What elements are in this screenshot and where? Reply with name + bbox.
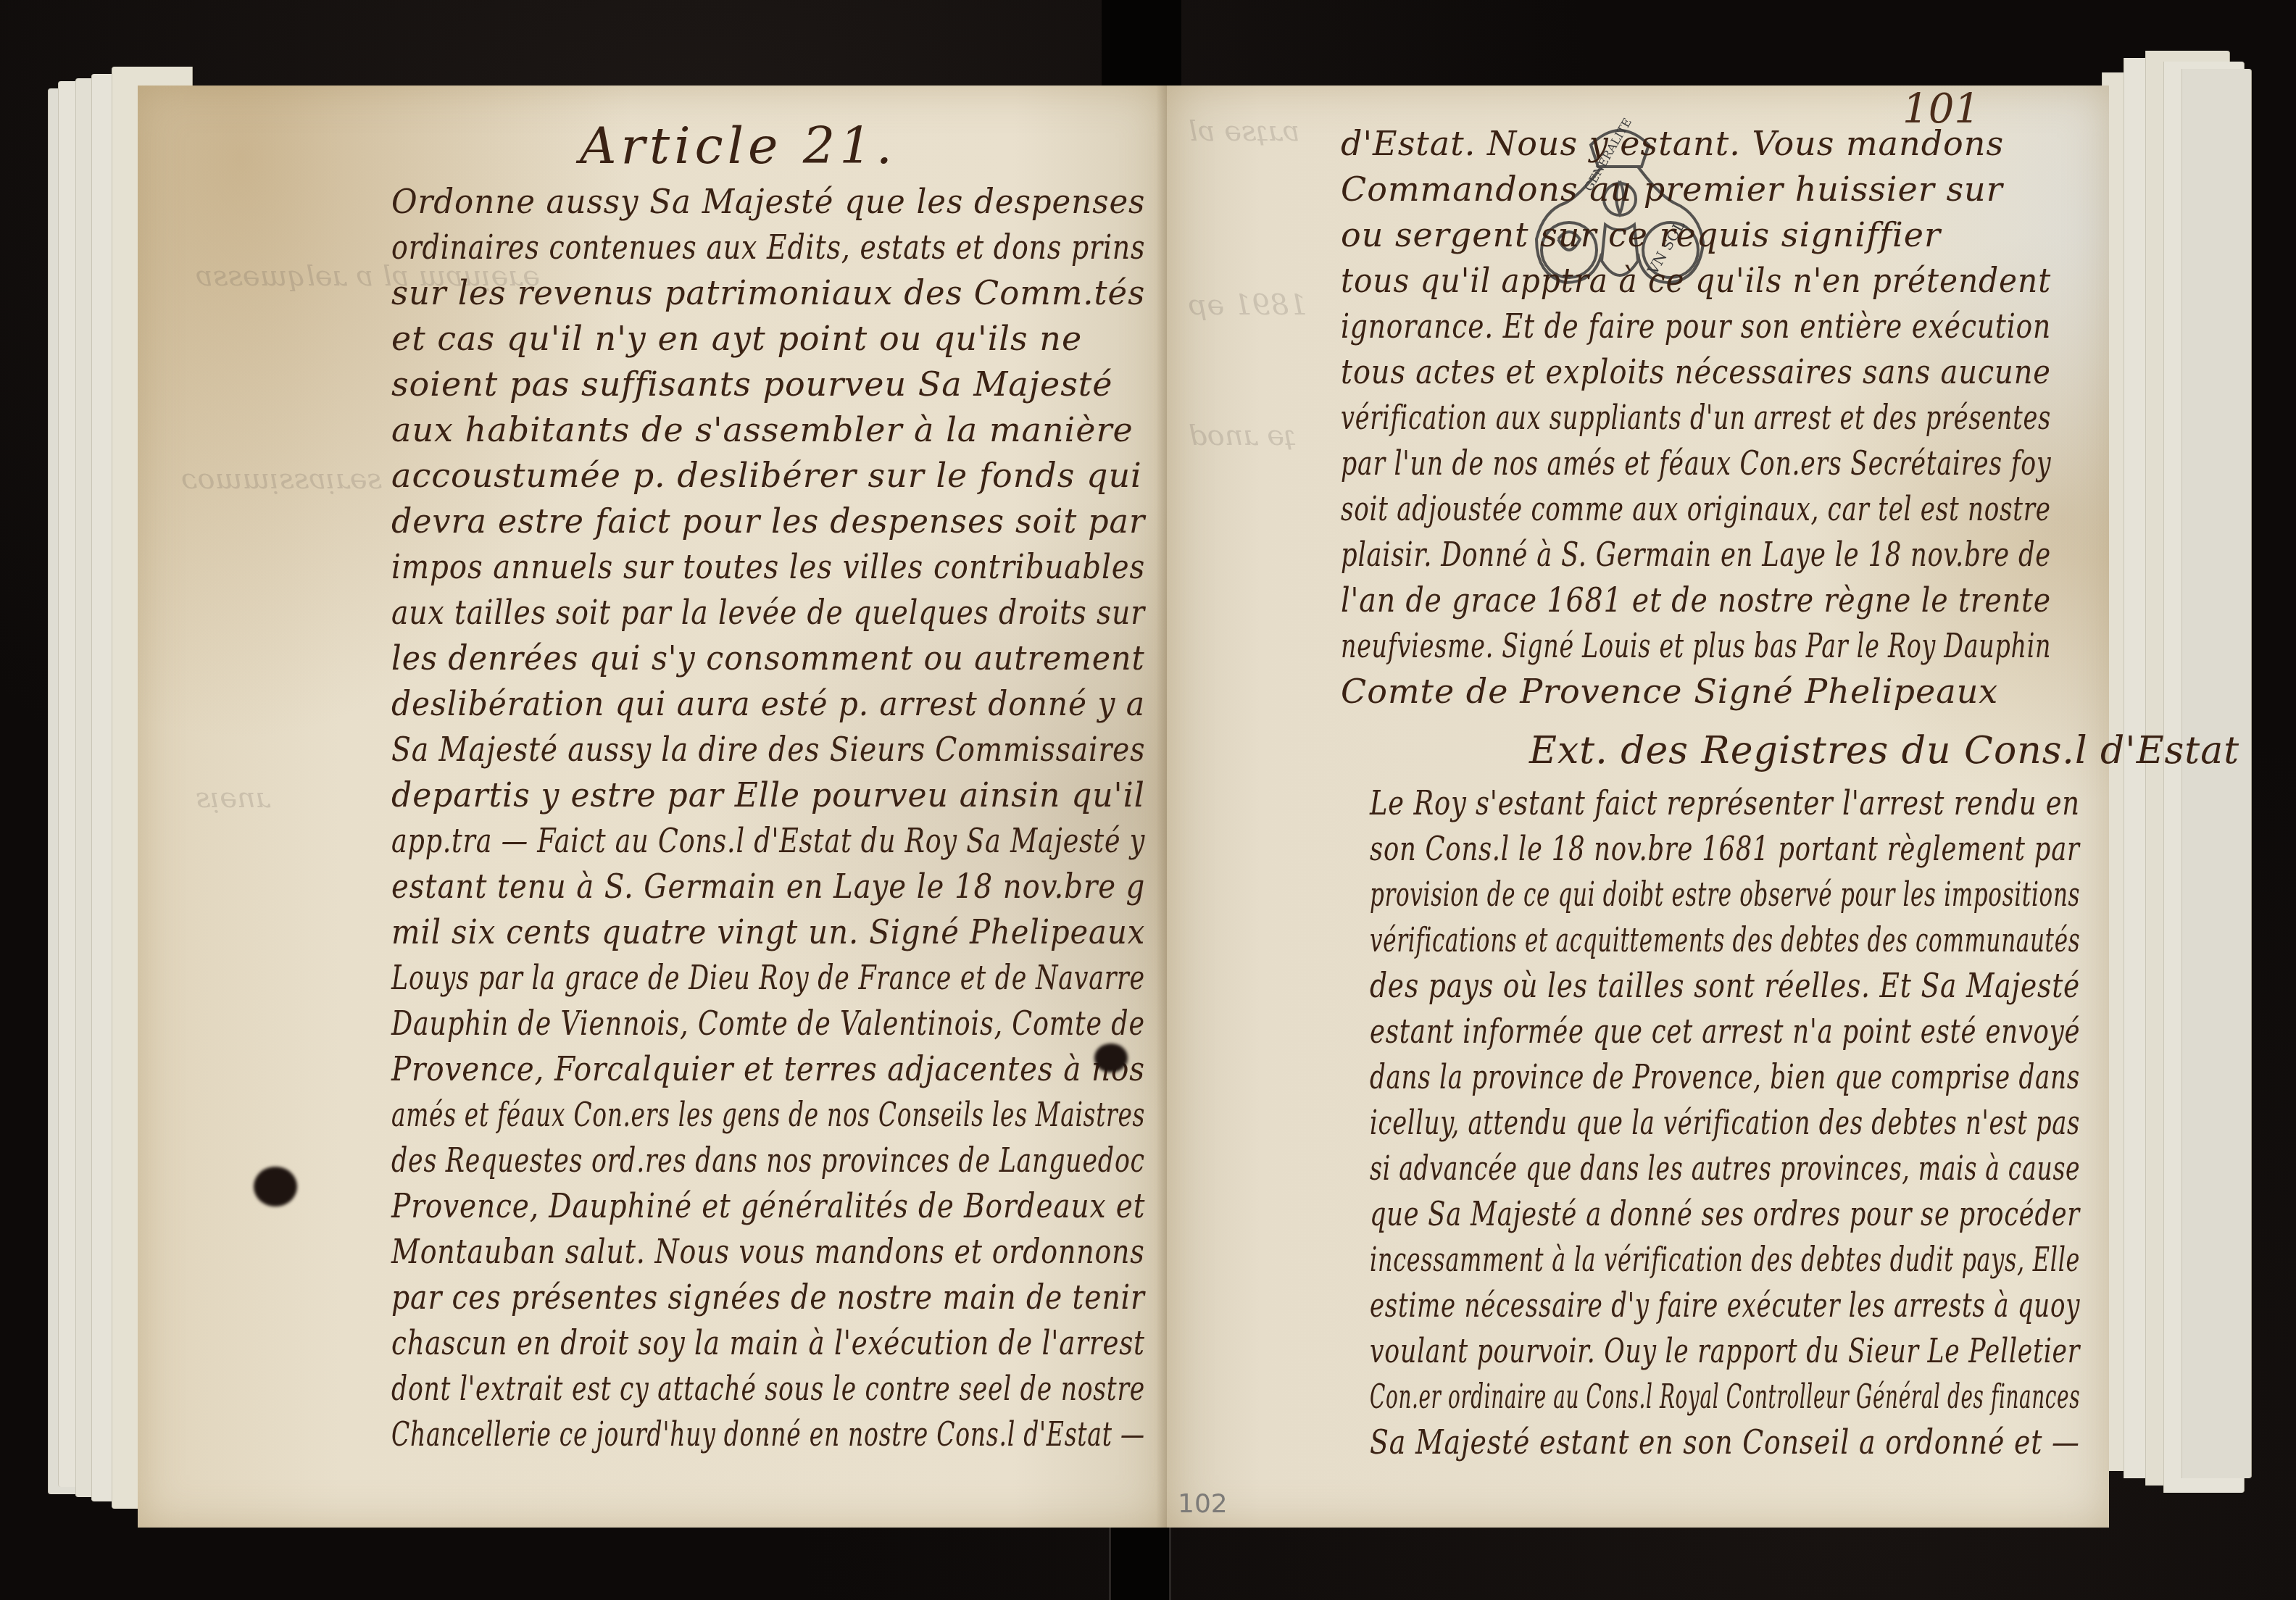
text-line: app.tra — Faict au Cons.l d'Estat du Roy… bbox=[391, 824, 1145, 857]
text-line: estime nécessaire d'y faire exécuter les… bbox=[1370, 1288, 2080, 1322]
text-line: par ces présentes signées de nostre main… bbox=[391, 1280, 1145, 1314]
ink-blot bbox=[1094, 1043, 1128, 1072]
text-line: soient pas suffisants pourveu Sa Majesté bbox=[391, 367, 1113, 401]
text-line: sur les revenus patrimoniaux des Comm.té… bbox=[391, 276, 1145, 309]
text-line: Sa Majesté aussy la dire des Sieurs Comm… bbox=[391, 733, 1145, 766]
text-line: incessamment à la vérification des debte… bbox=[1370, 1243, 2080, 1276]
ink-blot bbox=[254, 1167, 297, 1207]
text-line: des Requestes ord.res dans nos provinces… bbox=[391, 1143, 1145, 1177]
text-line: Con.er ordinaire au Cons.l Royal Control… bbox=[1370, 1380, 2080, 1413]
text-line: icelluy, attendu que la vérification des… bbox=[1370, 1106, 2080, 1139]
text-line: son Cons.l le 18 nov.bre 1681 portant rè… bbox=[1370, 832, 2080, 865]
text-line: ou sergent sur ce requis signiffier bbox=[1341, 218, 1941, 251]
text-line: des pays où les tailles sont réelles. Et… bbox=[1370, 969, 2080, 1002]
text-line: Sa Majesté estant en son Conseil a ordon… bbox=[1370, 1425, 2080, 1459]
text-line: accoustumée p. deslibérer sur le fonds q… bbox=[391, 459, 1142, 492]
text-line: ignorance. Et de faire pour son entière … bbox=[1341, 309, 2051, 343]
text-line: vérifications et acquittements des debte… bbox=[1370, 923, 2080, 957]
text-line: Provence, Forcalquier et terres adjacent… bbox=[391, 1052, 1145, 1086]
text-line: tous qu'il apptra à ce qu'ils n'en préte… bbox=[1341, 264, 2051, 297]
text-line: par l'un de nos amés et féaux Con.ers Se… bbox=[1341, 446, 2051, 480]
text-line: aux habitants de s'assembler à la manièr… bbox=[391, 413, 1134, 446]
text-line: mil six cents quatre vingt un. Signé Phe… bbox=[391, 915, 1145, 949]
text-line: Chancellerie ce jourd'huy donné en nostr… bbox=[391, 1417, 1145, 1451]
article-heading: Article 21. bbox=[580, 116, 897, 175]
text-line: plaisir. Donné à S. Germain en Laye le 1… bbox=[1341, 538, 2051, 571]
text-line: d'Estat. Nous y estant. Vous mandons bbox=[1341, 127, 2004, 160]
text-line: que Sa Majesté a donné ses ordres pour s… bbox=[1370, 1197, 2080, 1230]
text-line: l'an de grace 1681 et de nostre règne le… bbox=[1341, 583, 2051, 617]
spine-gap-top bbox=[1102, 0, 1181, 86]
text-line: departis y estre par Elle pourveu ainsin… bbox=[391, 778, 1145, 812]
text-line: soit adjoustée comme aux originaux, car … bbox=[1341, 492, 2051, 525]
text-line: Louys par la grace de Dieu Roy de France… bbox=[391, 961, 1145, 994]
text-line: estant informée que cet arrest n'a point… bbox=[1370, 1014, 2080, 1048]
text-line: estant tenu à S. Germain en Laye le 18 n… bbox=[391, 870, 1145, 903]
text-line: amés et féaux Con.ers les gens de nos Co… bbox=[391, 1098, 1145, 1131]
text-line: dont l'extrait est cy attaché sous le co… bbox=[391, 1372, 1145, 1405]
text-line: si advancée que dans les autres province… bbox=[1370, 1151, 2080, 1185]
spine-gap-bottom bbox=[1109, 1528, 1171, 1600]
text-line: neufviesme. Signé Louis et plus bas Par … bbox=[1341, 629, 2051, 662]
text-line: tous actes et exploits nécessaires sans … bbox=[1341, 355, 2051, 388]
text-line: impos annuels sur toutes les villes cont… bbox=[391, 550, 1145, 583]
text-line: aux tailles soit par la levée de quelque… bbox=[391, 596, 1145, 629]
text-line: les denrées qui s'y consomment ou autrem… bbox=[391, 641, 1145, 675]
text-line: Montauban salut. Nous vous mandons et or… bbox=[391, 1235, 1145, 1268]
text-line: dans la province de Provence, bien que c… bbox=[1370, 1060, 2080, 1093]
text-line: Provence, Dauphiné et généralités de Bor… bbox=[391, 1189, 1145, 1222]
text-line: deslibération qui aura esté p. arrest do… bbox=[391, 687, 1145, 720]
text-line: Dauphin de Viennois, Comte de Valentinoi… bbox=[391, 1007, 1145, 1040]
text-line: Le Roy s'estant faict représenter l'arre… bbox=[1370, 786, 2080, 820]
text-line: provision de ce qui doibt estre observé … bbox=[1370, 878, 2080, 911]
text-line: Ordonne aussy Sa Majesté que les despens… bbox=[391, 185, 1145, 218]
text-line: Commandons au premier huissier sur bbox=[1341, 172, 2003, 206]
text-line: et cas qu'il n'y en ayt point ou qu'ils … bbox=[391, 322, 1082, 355]
text-line: vérification aux suppliants d'un arrest … bbox=[1341, 401, 2051, 434]
pencil-folio-number: 102 bbox=[1178, 1489, 1228, 1519]
text-line: chascun en droit soy la main à l'exécuti… bbox=[391, 1326, 1145, 1359]
text-line: devra estre faict pour les despenses soi… bbox=[391, 504, 1145, 538]
text-line: Comte de Provence Signé Phelipeaux bbox=[1341, 675, 1998, 708]
text-line: ordinaires contenues aux Edits, estats e… bbox=[391, 230, 1145, 264]
text-line: voulant pourvoir. Ouy le rapport du Sieu… bbox=[1370, 1334, 2080, 1367]
section-heading: Ext. des Registres du Cons.l d'Estat bbox=[1529, 732, 2239, 770]
